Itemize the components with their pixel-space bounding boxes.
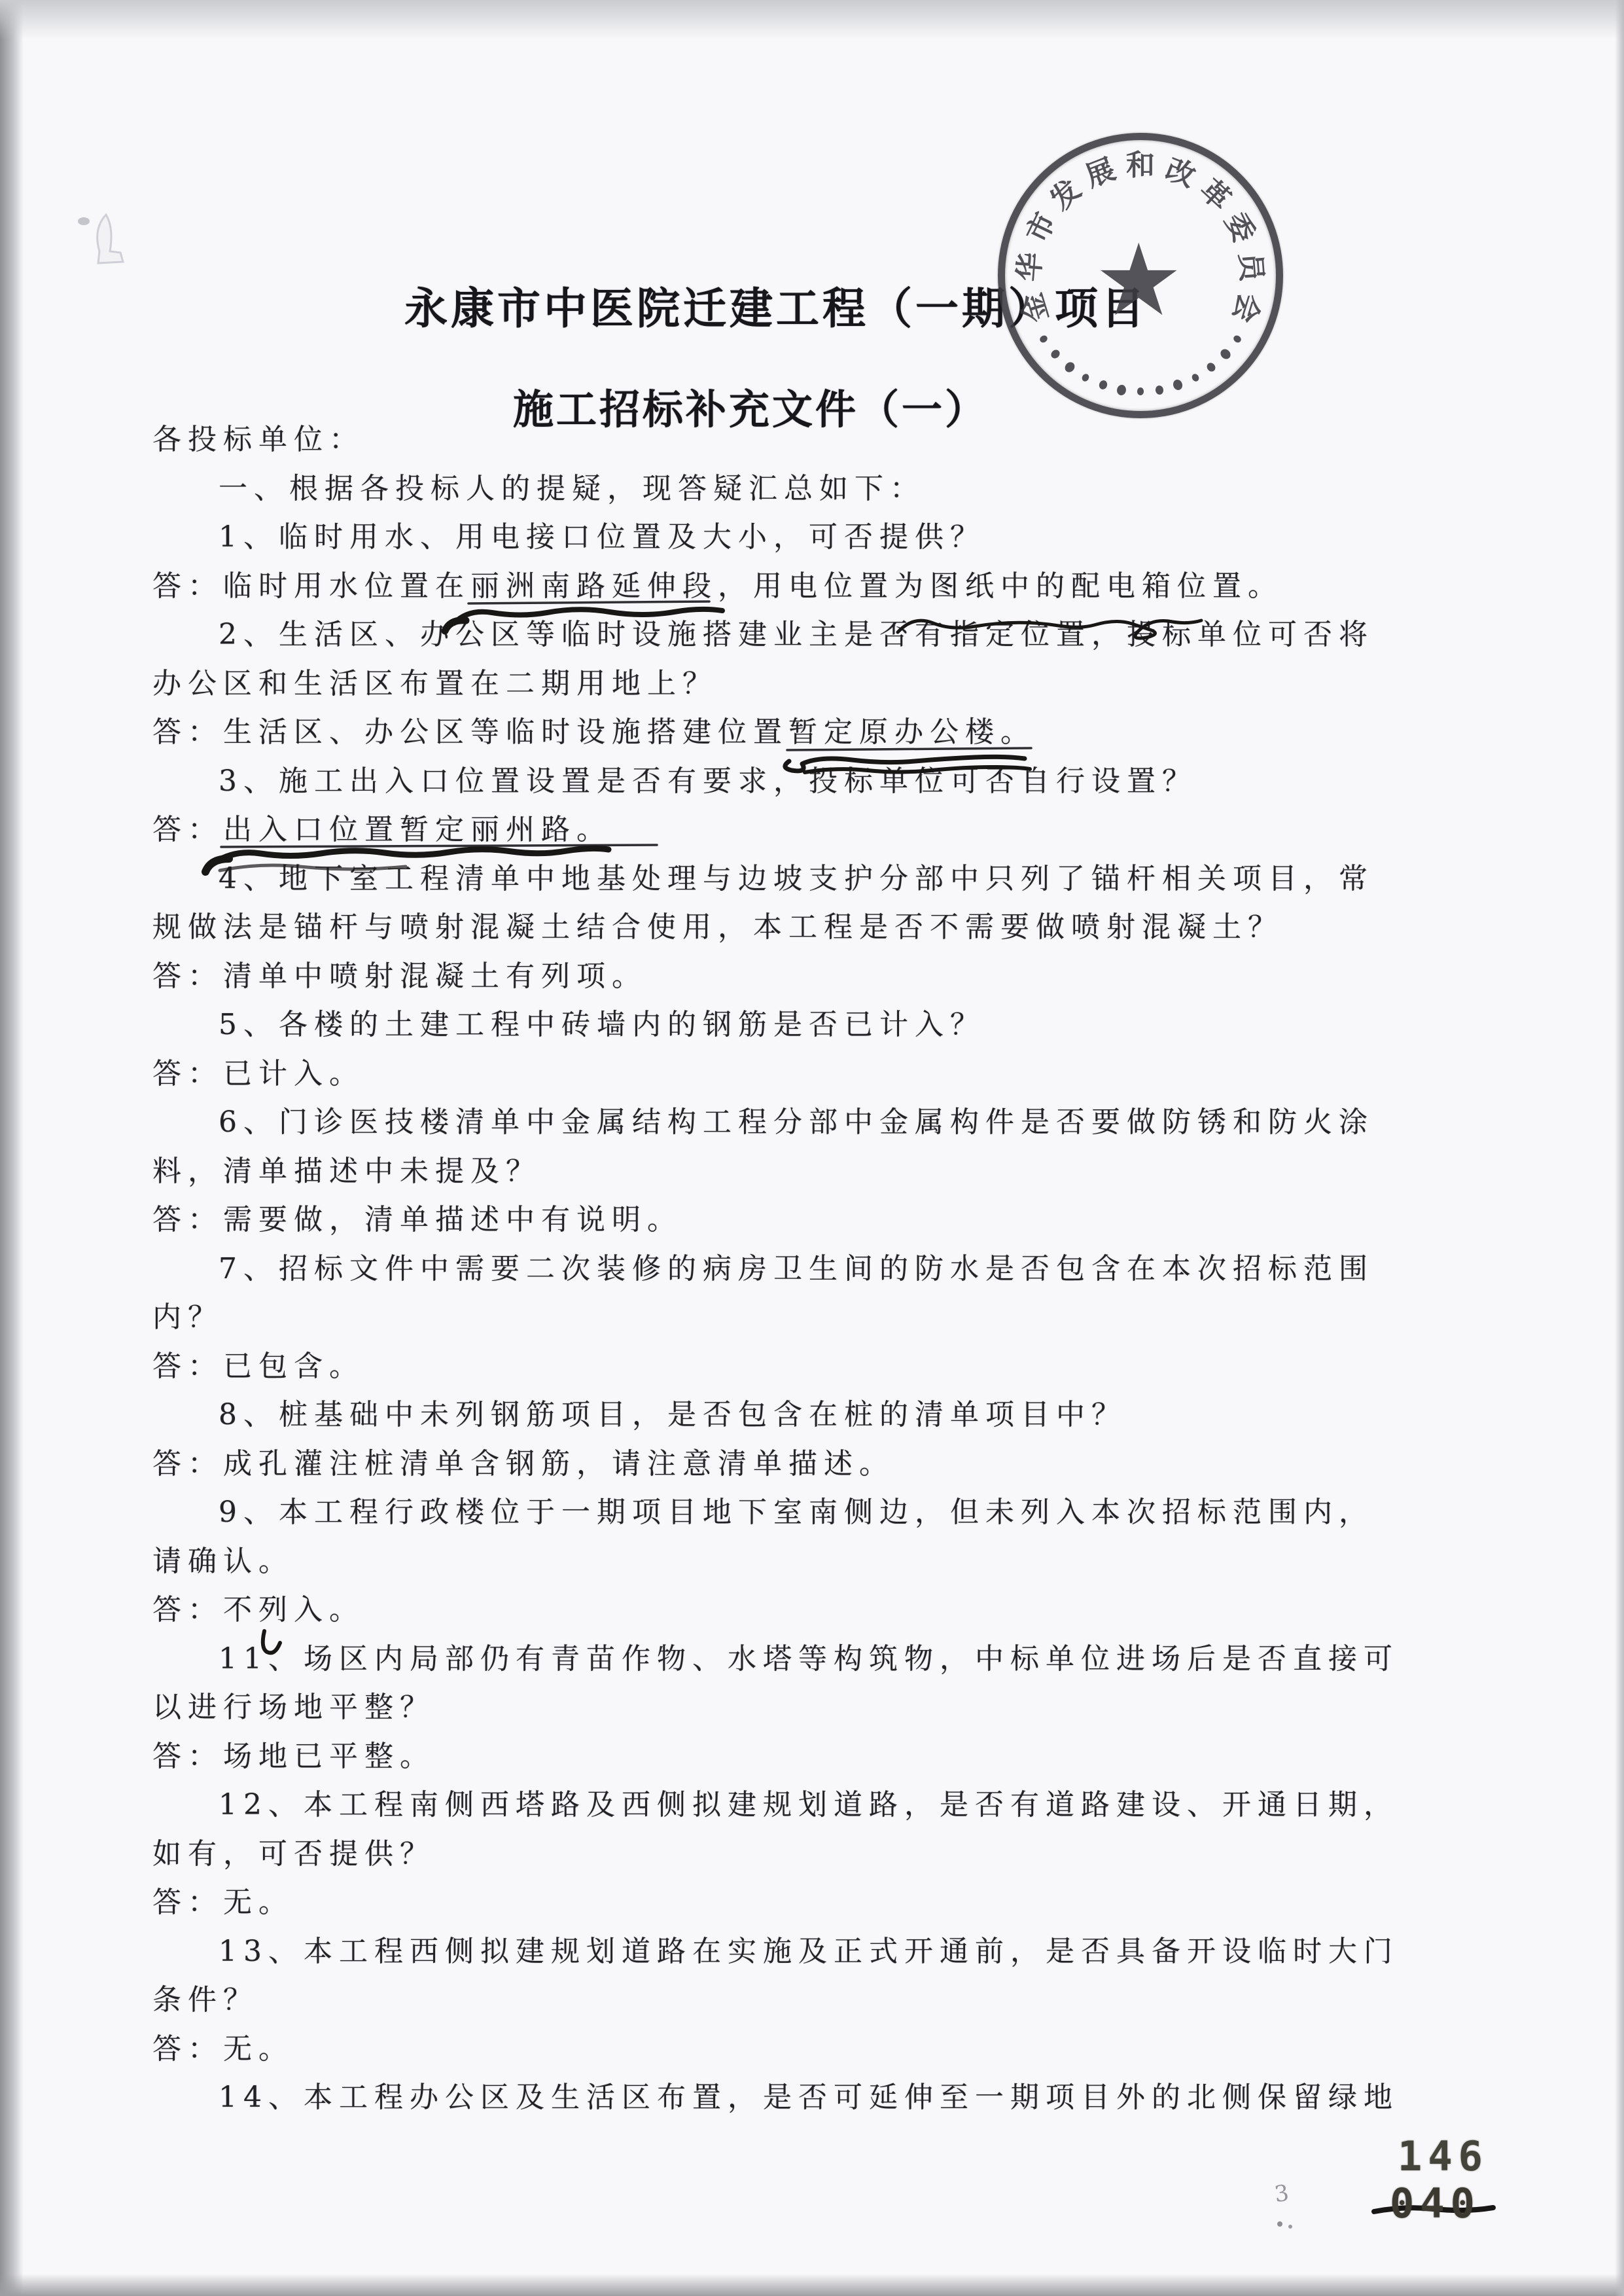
text-line: 4、地下室工程清单中地基处理与边坡支护分部中只列了锚杆相关项目，常 bbox=[152, 855, 1540, 904]
text-line: 办公区和生活区布置在二期用地上？ bbox=[152, 660, 1540, 709]
text-line: 以进行场地平整？ bbox=[152, 1683, 1540, 1732]
stamp-arc-char: 员 bbox=[1235, 251, 1265, 282]
text-line: 答：需要做，清单描述中有说明。 bbox=[152, 1196, 1540, 1245]
text-line: 料，清单描述中未提及？ bbox=[152, 1147, 1540, 1196]
text-line: 5、各楼的土建工程中砖墙内的钢筋是否已计入？ bbox=[152, 1001, 1540, 1050]
old-page-number-stamp: 040 bbox=[1390, 2179, 1481, 2227]
text-line: 各投标单位： bbox=[152, 416, 1540, 465]
text-line: 答：临时用水位置在丽洲南路延伸段，用电位置为图纸中的配电箱位置。 bbox=[152, 562, 1540, 611]
text-line: 答：清单中喷射混凝土有列项。 bbox=[152, 952, 1540, 1001]
document-body: 各投标单位：一、根据各投标人的提疑，现答疑汇总如下：1、临时用水、用电接口位置及… bbox=[152, 416, 1540, 2123]
stamp-arc-char: 和 bbox=[1126, 151, 1155, 180]
stamp-serial-dot bbox=[1137, 387, 1144, 395]
text-line: 2、生活区、办公区等临时设施搭建业主是否有指定位置，投标单位可否将 bbox=[152, 611, 1540, 660]
text-line: 内？ bbox=[152, 1293, 1540, 1342]
text-line: 6、门诊医技楼清单中金属结构工程分部中金属构件是否要做防锈和防火涂 bbox=[152, 1098, 1540, 1147]
text-line: 如有，可否提供？ bbox=[152, 1830, 1540, 1879]
text-line: 答：不列入。 bbox=[152, 1586, 1540, 1635]
text-line: 9、本工程行政楼位于一期项目地下室南侧边，但未列入本次招标范围内， bbox=[152, 1488, 1540, 1537]
text-line: 答：场地已平整。 bbox=[152, 1732, 1540, 1782]
text-line: 13、本工程西侧拟建规划道路在实施及正式开通前，是否具备开设临时大门 bbox=[152, 1928, 1540, 1977]
text-line: 答：已计入。 bbox=[152, 1050, 1540, 1099]
text-line: 请确认。 bbox=[152, 1537, 1540, 1587]
stamp-arc-char: 华 bbox=[1015, 251, 1046, 282]
scanned-document: 永康市中医院迁建工程（一期）项目 施工招标补充文件（一） 各投标单位：一、根据各… bbox=[0, 0, 1624, 2296]
text-line: 7、招标文件中需要二次装修的病房卫生间的防水是否包含在本次招标范围 bbox=[152, 1245, 1540, 1294]
text-line: 1、临时用水、用电接口位置及大小，可否提供？ bbox=[152, 513, 1540, 562]
text-line: 答：无。 bbox=[152, 2025, 1540, 2074]
text-line: 8、桩基础中未列钢筋项目，是否包含在桩的清单项目中？ bbox=[152, 1391, 1540, 1440]
text-line: 14、本工程办公区及生活区布置，是否可延伸至一期项目外的北侧保留绿地 bbox=[152, 2073, 1540, 2123]
text-line: 答：成孔灌注桩清单含钢筋，请注意清单描述。 bbox=[152, 1440, 1540, 1489]
text-line: 规做法是锚杆与喷射混凝土结合使用，本工程是否不需要做喷射混凝土？ bbox=[152, 903, 1540, 952]
star-icon: ★ bbox=[1094, 231, 1183, 331]
text-line: 答：无。 bbox=[152, 1878, 1540, 1928]
page-number-stamp: 146 bbox=[1398, 2132, 1489, 2180]
text-line: 答：已包含。 bbox=[152, 1342, 1540, 1391]
official-stamp: 金华市发展和改革委员会 ★ bbox=[998, 133, 1283, 418]
text-line: 答：生活区、办公区等临时设施搭建位置暂定原办公楼。 bbox=[152, 708, 1540, 757]
text-line: 12、本工程南侧西塔路及西侧拟建规划道路，是否有道路建设、开通日期， bbox=[152, 1781, 1540, 1830]
text-line: 答：出入口位置暂定丽州路。 bbox=[152, 806, 1540, 855]
text-line: 条件？ bbox=[152, 1976, 1540, 2025]
text-line: 3、施工出入口位置设置是否有要求，投标单位可否自行设置？ bbox=[152, 757, 1540, 806]
text-line: 11、场区内局部仍有青苗作物、水塔等构筑物，中标单位进场后是否直接可 bbox=[152, 1635, 1540, 1684]
text-line: 一、根据各投标人的提疑，现答疑汇总如下： bbox=[152, 465, 1540, 514]
